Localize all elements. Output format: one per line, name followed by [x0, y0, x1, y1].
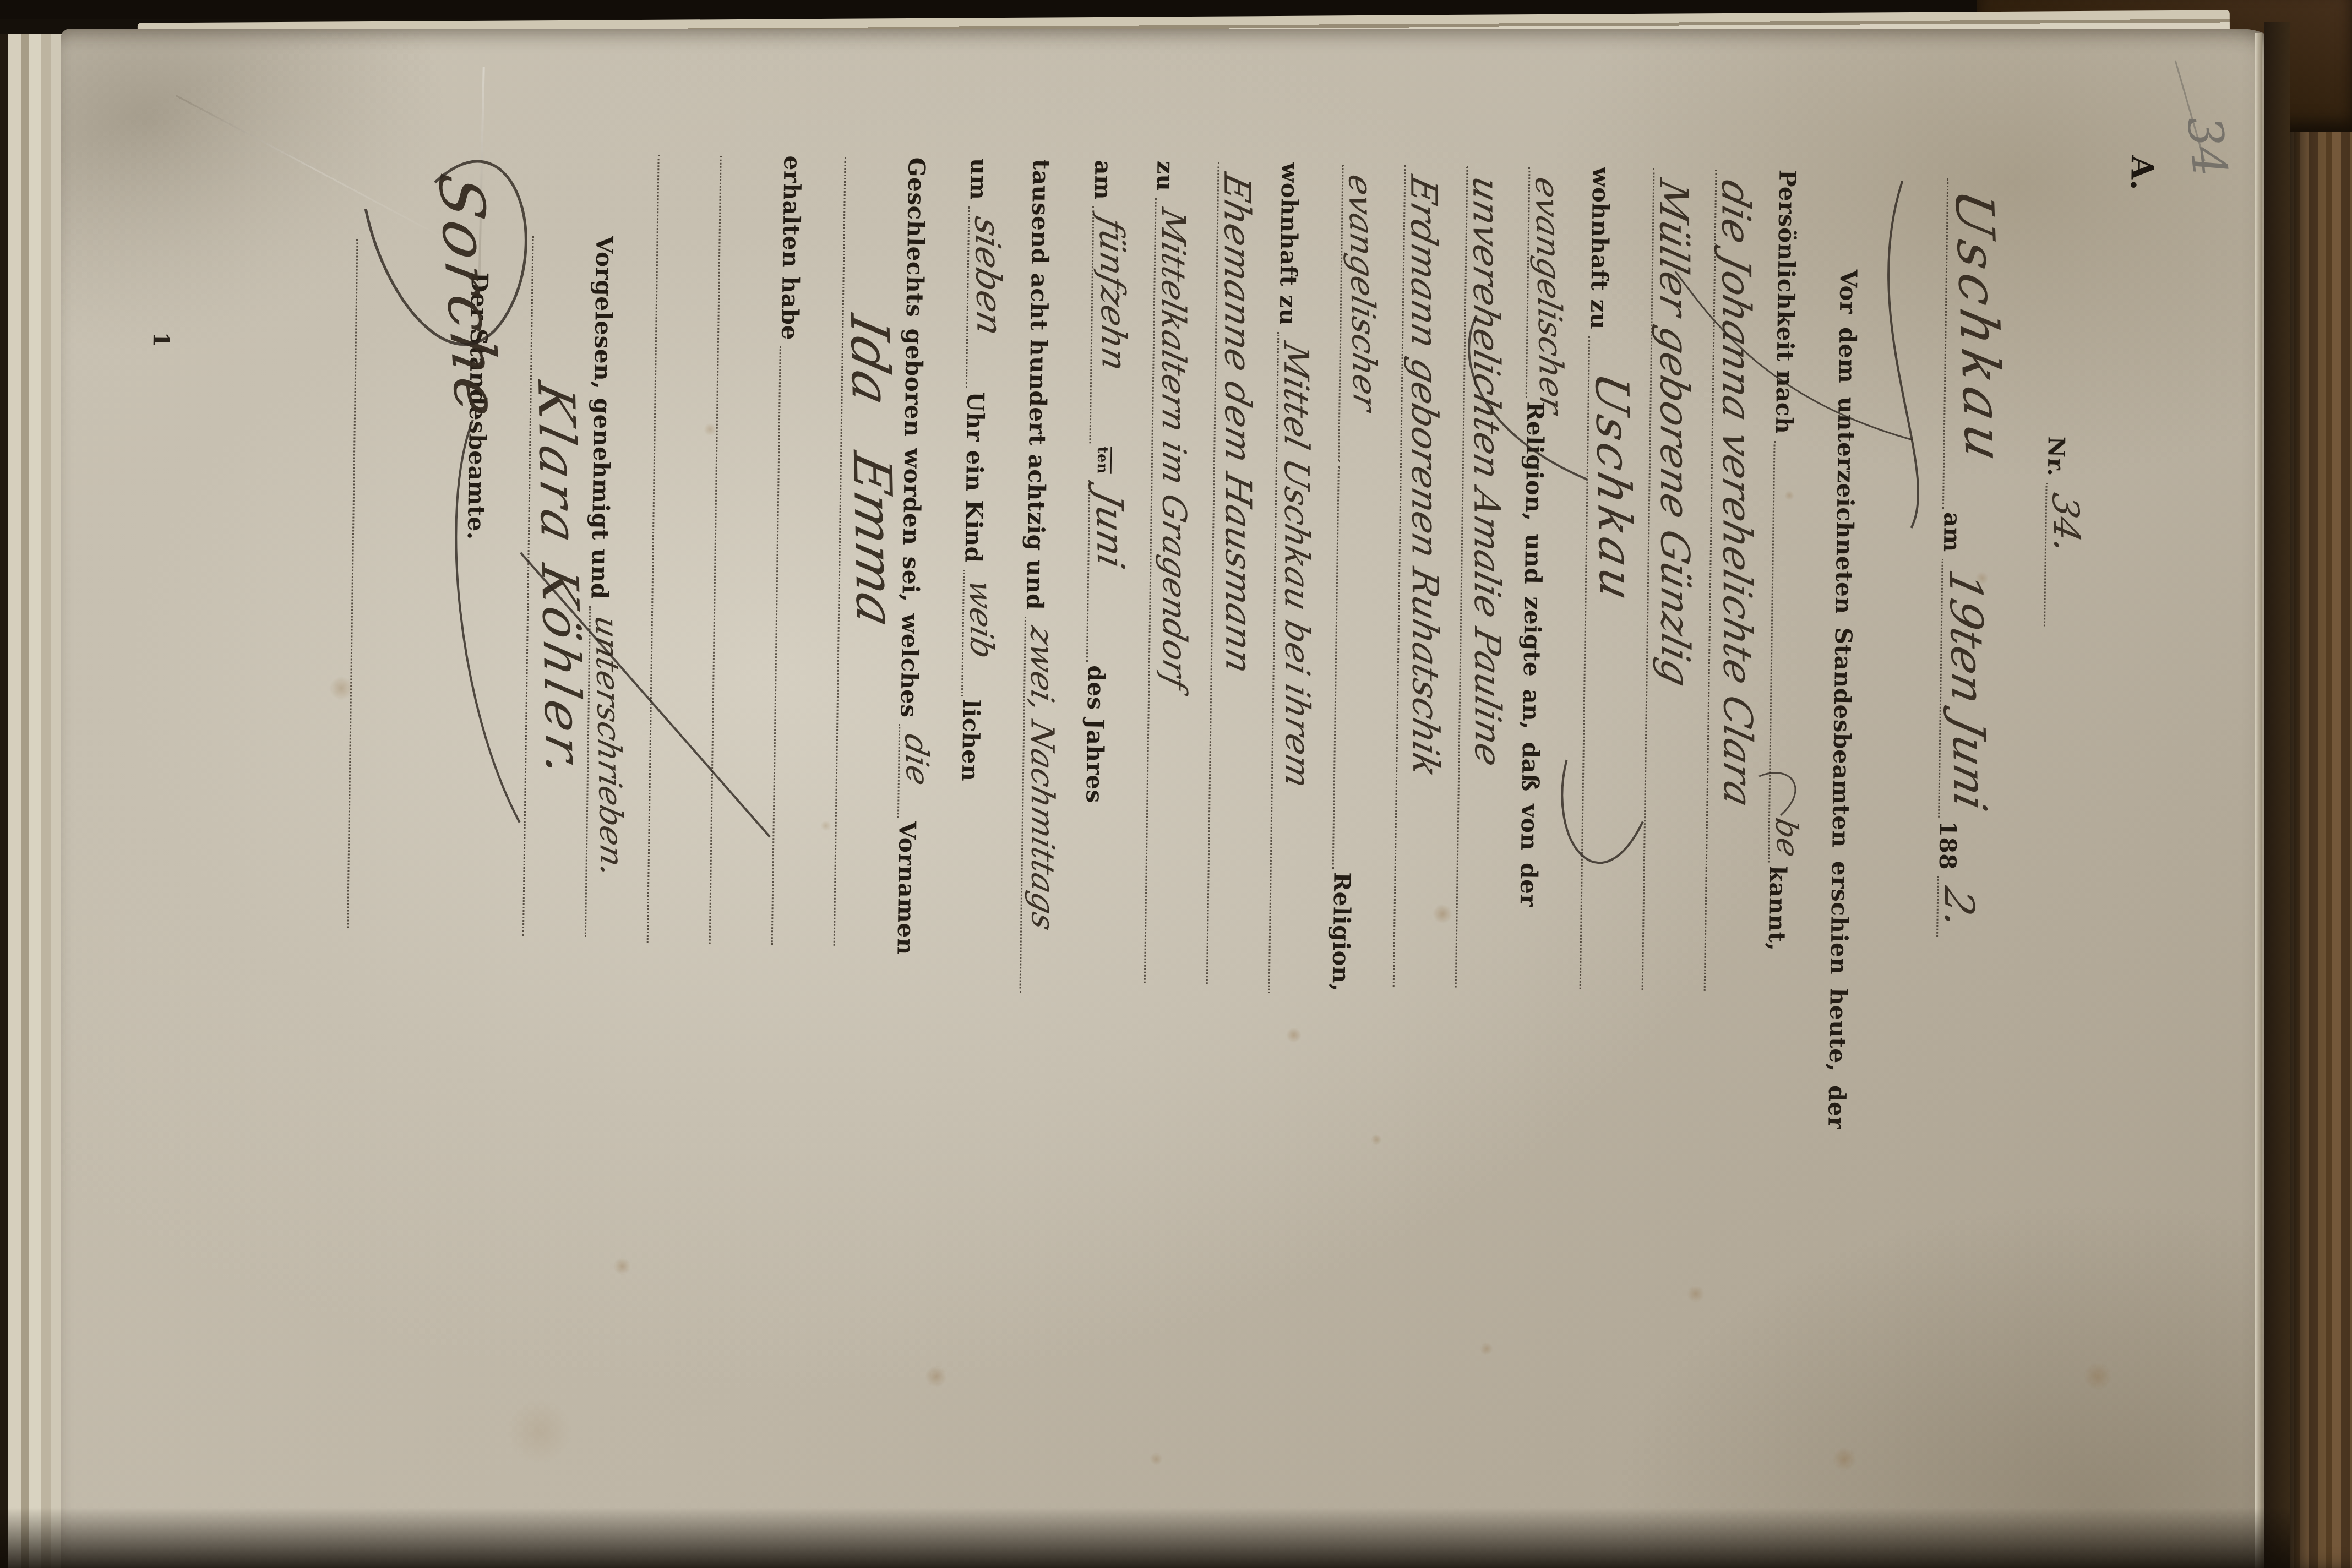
form-line-21	[706, 154, 750, 947]
printed-text: erhalten habe	[776, 154, 804, 345]
handwriting-text: sieben	[972, 214, 1004, 338]
handwriting-text: fünfzehn	[1096, 214, 1128, 373]
handwritten-entry: Uschkau	[1942, 178, 1981, 509]
handwriting-text: Ida Emma	[846, 312, 897, 631]
form-line-7: wohnhaft zuUschkau	[1576, 166, 1621, 992]
form-line-6: Müller geborene Günzlig	[1638, 166, 1683, 993]
handwriting-text: Klara Köhler.	[534, 379, 585, 785]
handwritten-entry: Ida Emma	[834, 157, 879, 946]
handwriting-text: Müller geborene Günzlig	[1657, 177, 1692, 690]
form-line-12: wohnhaft zuMittel Uschkau bei ihrem	[1265, 161, 1309, 996]
printed-text: Religion, und zeigte an, daß von der	[1515, 400, 1548, 911]
handwriting-text: Erdmann geborenen Ruhatschik	[1408, 173, 1441, 780]
handwritten-entry: zwei, Nachmittags	[1019, 617, 1059, 993]
printed-text: um	[965, 157, 990, 205]
printed-text: ten	[1086, 445, 1110, 478]
pencil-page-number: 34	[2176, 113, 2237, 179]
form-line-8: evangelischerReligion, und zeigte an, da…	[1513, 165, 1558, 999]
printed-text: Persönlichkeit nach	[1771, 168, 1800, 438]
form-line-11: evangelischerReligion,	[1327, 162, 1371, 997]
handwriting-text: be	[1772, 816, 1800, 859]
form-line-4: Persönlichkeit nachbekannt,	[1763, 168, 1807, 956]
form-line-20: erhalten habe	[768, 154, 812, 948]
handwritten-entry: evangelischer	[1526, 167, 1564, 399]
form-letter-a: A.	[2124, 155, 2160, 190]
handwritten-entry: Sorche	[426, 162, 465, 544]
printed-text: Religion,	[1327, 871, 1354, 997]
handwritten-entry: evangelischer	[1338, 165, 1377, 462]
dotted-leader	[1332, 466, 1373, 869]
handwritten-entry: Juni	[1086, 480, 1124, 662]
printed-text: am	[1089, 159, 1115, 204]
form-line-14: zuMittelkaltern im Gragendorf	[1141, 160, 1185, 986]
handwritten-entry: unverehelichten Amalie Pauline	[1455, 166, 1501, 988]
handwritten-entry: sieben	[966, 206, 1003, 389]
dotted-leader	[347, 239, 391, 929]
handwriting-text: Uschkau	[1592, 369, 1636, 607]
handwriting-text: weib	[967, 578, 995, 661]
form-line-3: Vor dem unterzeichneten Standesbeamten e…	[1823, 268, 1868, 1134]
printed-text: Vorgelesen, genehmigt und	[586, 235, 616, 604]
form-line-15: amfünfzehntenJunides Jahres	[1079, 159, 1123, 963]
printed-text: Uhr ein Kind	[960, 390, 988, 568]
handwriting-text: 2.	[1941, 884, 1976, 932]
handwritten-entry: die Johanna verehelichte Clara	[1704, 170, 1750, 992]
handwriting-text: 34.	[2049, 491, 2082, 556]
printed-text: am	[1939, 511, 1964, 557]
form-line-17: umsiebenUhr ein Kindweiblichen	[954, 157, 998, 961]
handwriting-text: Juni	[1092, 488, 1125, 571]
printed-text: Vor dem unterzeichneten Standesbeamten e…	[1823, 268, 1860, 1134]
handwriting-text: Ehemanne dem Hausmann	[1221, 170, 1254, 677]
handwriting-text: 19ten Juni	[1945, 567, 1988, 814]
form-line-16: tausend acht hundert achtzig undzwei, Na…	[1016, 158, 1060, 995]
printed-text: wohnhaft zu	[1274, 161, 1302, 330]
form-line-24: Klara Köhler.	[519, 233, 562, 939]
form-line-2: Uschkauam19ten Juni1882.	[1933, 176, 1977, 940]
page-right-edge	[2255, 33, 2262, 1568]
printed-text: Nr.	[2043, 435, 2068, 481]
handwritten-entry: fünfzehn	[1089, 206, 1127, 444]
form-line-13: Ehemanne dem Hausmann	[1203, 160, 1248, 987]
handwritten-entry: be	[1768, 440, 1809, 863]
handwritten-entry: 34.	[2044, 483, 2081, 627]
handwritten-entry: die	[897, 724, 933, 818]
form-line-1: Nr.34.	[2040, 435, 2076, 629]
form-surface: 34 A. 1 Nr.34.Uschkauam19ten Juni1882.Vo…	[61, 0, 2257, 1562]
form-line-19: Ida Emma	[830, 155, 874, 949]
printed-text: des Jahres	[1081, 664, 1108, 808]
handwriting-text: evangelischer	[1532, 175, 1565, 416]
handwriting-text: die Johanna verehelichte Clara	[1719, 177, 1755, 810]
printed-text: 188	[1934, 820, 1960, 875]
handwritten-entry: Klara Köhler.	[522, 236, 567, 937]
handwritten-entry: Uschkau	[1580, 336, 1624, 990]
handwritten-entry: weib	[961, 569, 998, 696]
dotted-leader	[771, 347, 814, 945]
handwriting-text: unverehelichten Amalie Pauline	[1470, 174, 1503, 770]
handwriting-text: unterschrieben.	[593, 614, 625, 880]
wooden-table-edge	[2286, 0, 2352, 1568]
printed-text: zu	[1152, 160, 1178, 196]
handwritten-entry: Mittelkaltern im Gragendorf	[1144, 198, 1190, 983]
printed-text: lichen	[957, 698, 983, 786]
printed-text: wohnhaft zu	[1585, 166, 1613, 335]
handwriting-text: Sorche	[433, 170, 503, 423]
handwritten-entry: Mittel Uschkau bei ihrem	[1268, 332, 1313, 994]
photo-of-register-page: 34 A. 1 Nr.34.Uschkauam19ten Juni1882.Vo…	[0, 0, 2352, 1568]
handwriting-text: Uschkau	[1951, 186, 2006, 470]
handwriting-text: evangelischer	[1346, 172, 1379, 414]
handwriting-text: Mittel Uschkau bei ihrem	[1281, 340, 1311, 791]
dotted-leader	[709, 156, 755, 945]
handwriting-text: Mittelkaltern im Gragendorf	[1158, 205, 1188, 692]
handwritten-entry: 19ten Juni	[1938, 559, 1977, 818]
handwritten-entry: Erdmann geborenen Ruhatschik	[1393, 165, 1439, 987]
form-line-9: unverehelichten Amalie Pauline	[1452, 164, 1496, 990]
printed-text: kannt,	[1763, 864, 1790, 956]
stacked-page-edges-left	[0, 34, 65, 1568]
form-line-27	[344, 236, 386, 930]
printed-text: Vornamen	[892, 820, 919, 960]
printed-text: tausend acht hundert achtzig und	[1021, 158, 1053, 615]
handwritten-entry: 2.	[1936, 876, 1972, 938]
page-edge-shadow-gap	[2264, 22, 2290, 1568]
handwritten-entry: Ehemanne dem Hausmann	[1206, 162, 1253, 984]
form-line-5: die Johanna verehelichte Clara	[1701, 167, 1745, 994]
form-line-26: Sorche	[423, 160, 461, 546]
handwriting-text: die	[902, 732, 932, 788]
handwriting-text: zwei, Nachmittags	[1028, 624, 1057, 933]
printed-page-number: 1	[148, 331, 174, 347]
form-line-22	[644, 153, 688, 946]
form-line-10: Erdmann geborenen Ruhatschik	[1390, 163, 1434, 989]
dotted-leader	[647, 155, 693, 944]
handwritten-entry: Müller geborene Günzlig	[1642, 168, 1688, 990]
